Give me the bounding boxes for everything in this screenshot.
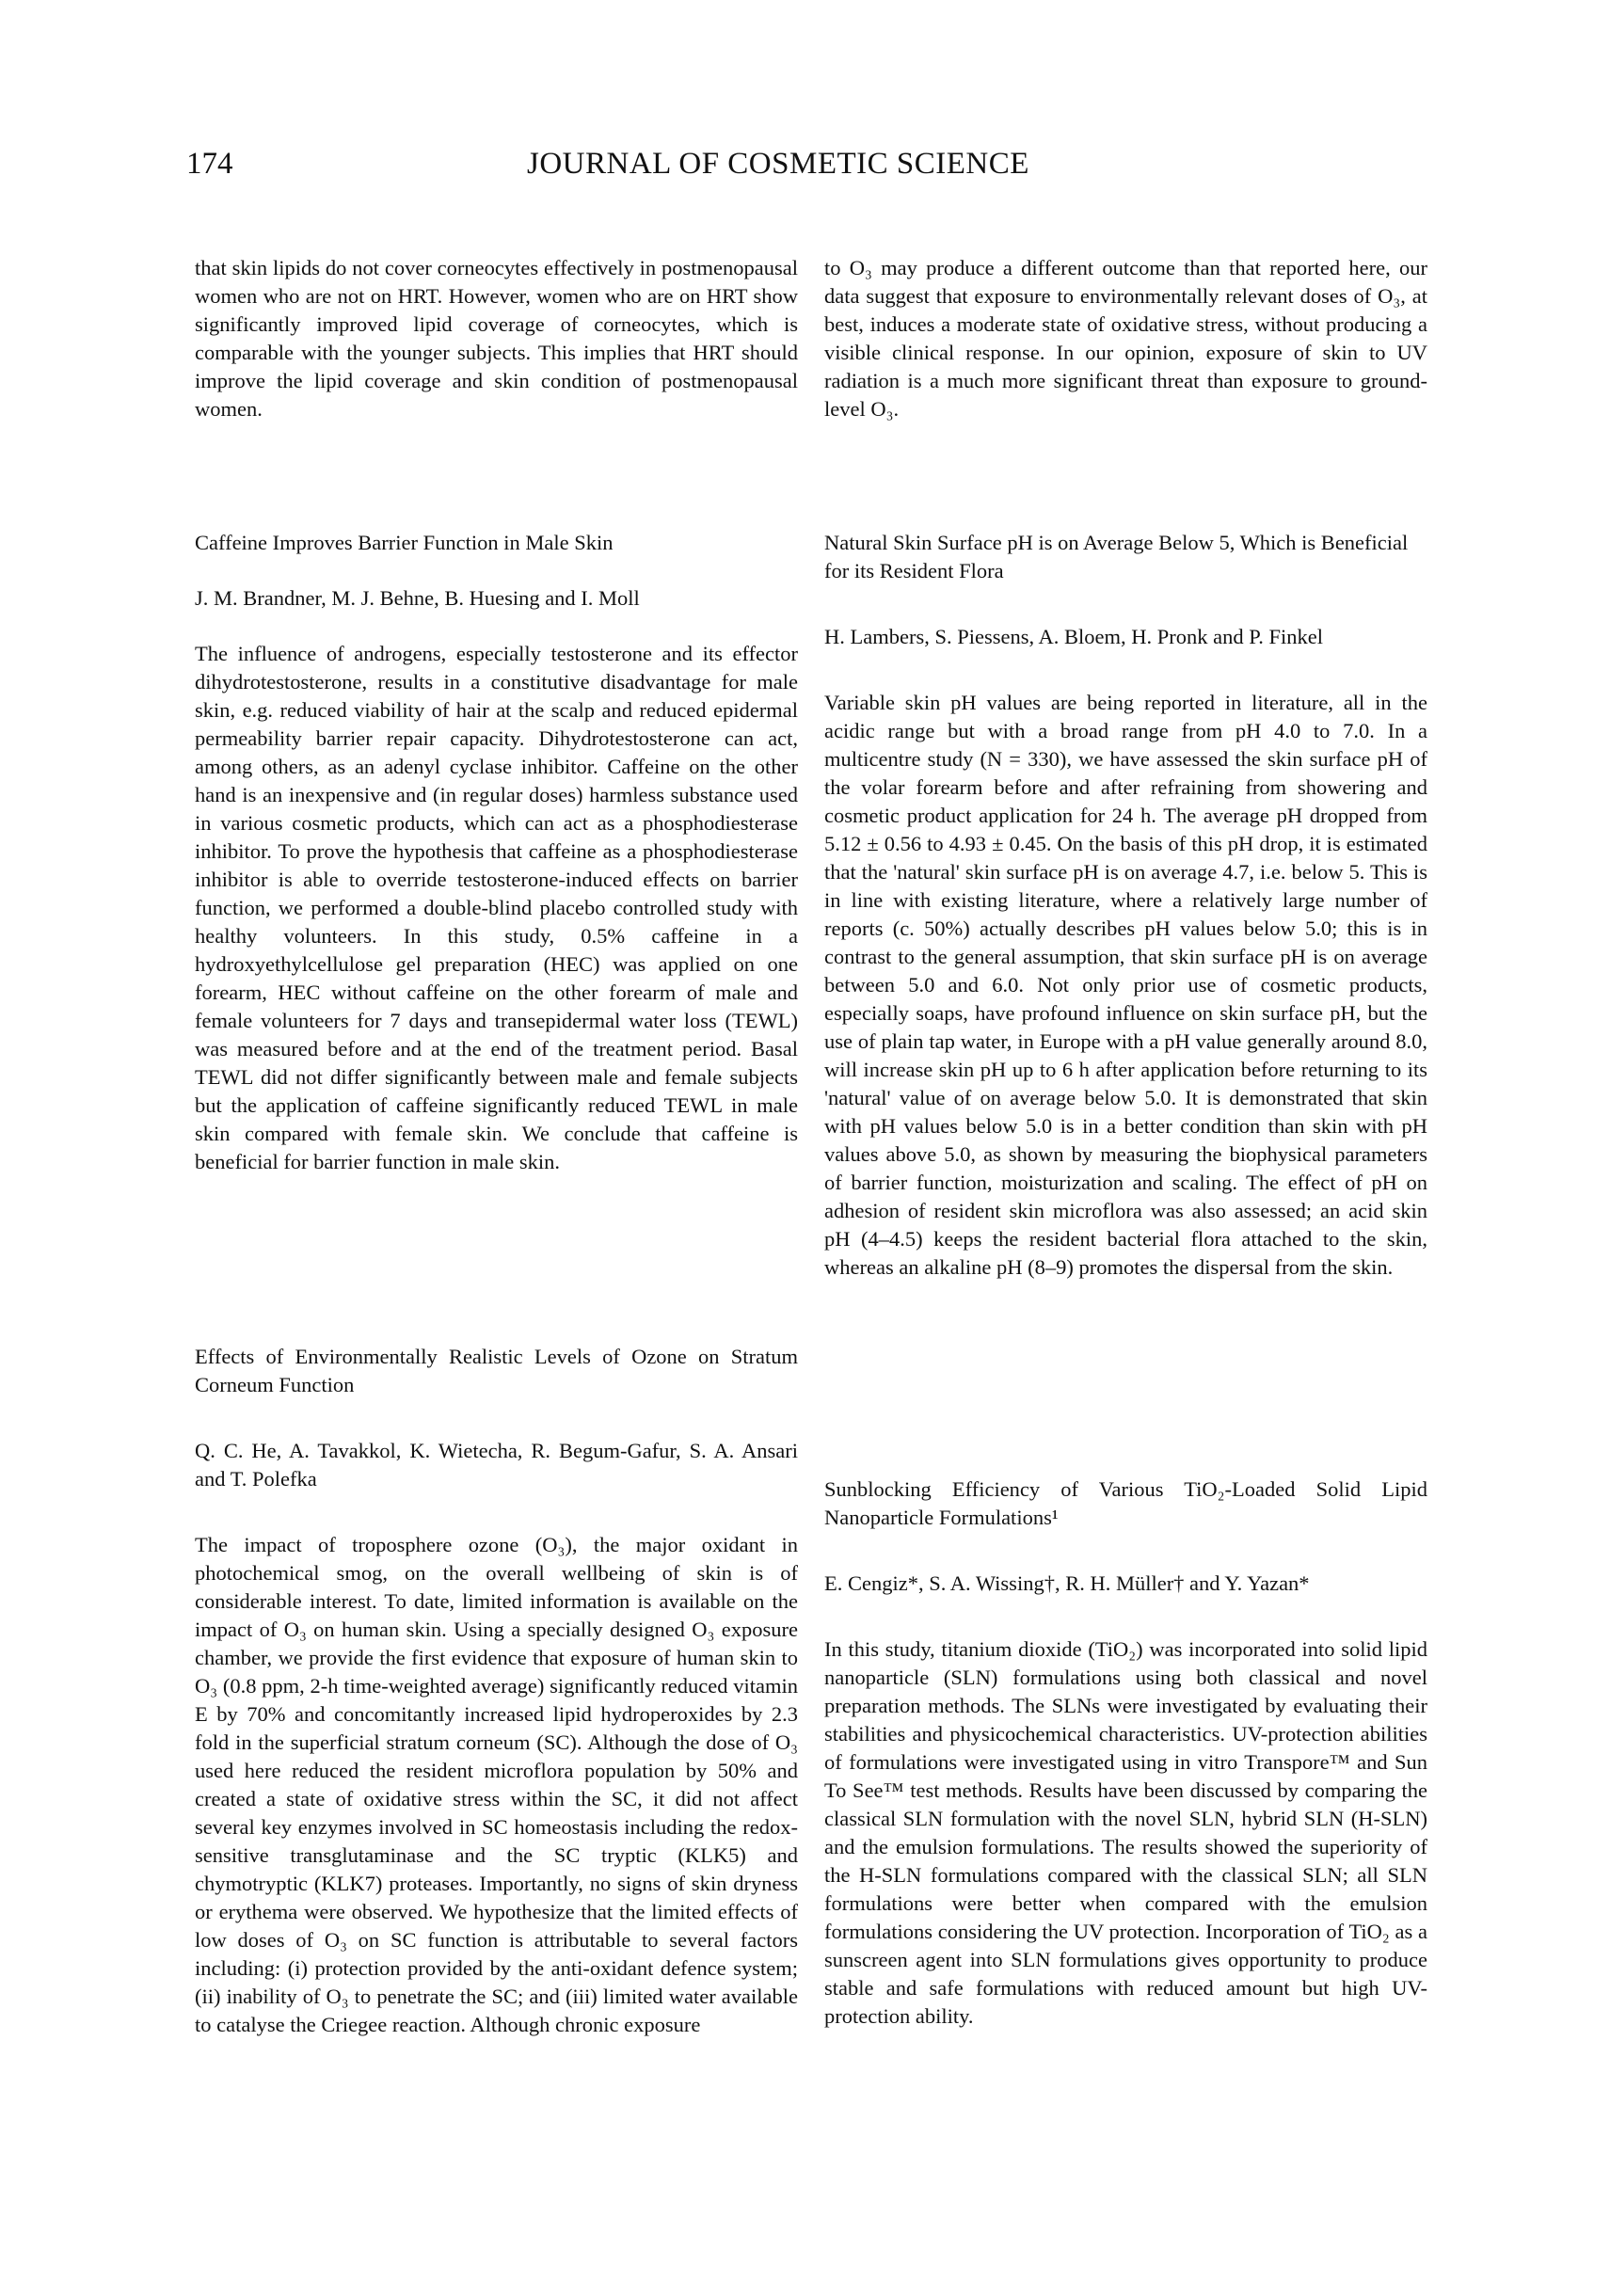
page-number: 174 [186, 147, 233, 182]
article-abstract: Variable skin pH values are being report… [824, 689, 1427, 1282]
article-authors: H. Lambers, S. Piessens, A. Bloem, H. Pr… [824, 623, 1427, 651]
article-caffeine: Caffeine Improves Barrier Function in Ma… [195, 529, 798, 1176]
article-title: Sunblocking Efficiency of Various TiO₂-L… [824, 1475, 1427, 1532]
article-abstract: In this study, titanium dioxide (TiO₂) w… [824, 1635, 1427, 2031]
left-continuation-block: that skin lipids do not cover corneocyte… [195, 254, 798, 423]
article-tio2: Sunblocking Efficiency of Various TiO₂-L… [824, 1475, 1427, 2031]
right-continuation-block: to O₃ may produce a different outcome th… [824, 254, 1427, 423]
article-title: Natural Skin Surface pH is on Average Be… [824, 529, 1427, 585]
continuation-paragraph: to O₃ may produce a different outcome th… [824, 254, 1427, 423]
article-authors: E. Cengiz*, S. A. Wissing†, R. H. Müller… [824, 1570, 1427, 1598]
article-authors: Q. C. He, A. Tavakkol, K. Wietecha, R. B… [195, 1437, 798, 1493]
article-title: Effects of Environmentally Realistic Lev… [195, 1343, 798, 1399]
article-abstract: The impact of troposphere ozone (O₃), th… [195, 1531, 798, 2039]
article-title: Caffeine Improves Barrier Function in Ma… [195, 529, 798, 557]
article-ph: Natural Skin Surface pH is on Average Be… [824, 529, 1427, 1282]
journal-running-head: JOURNAL OF COSMETIC SCIENCE [527, 147, 1029, 182]
article-authors: J. M. Brandner, M. J. Behne, B. Huesing … [195, 584, 798, 613]
article-abstract: The influence of androgens, especially t… [195, 640, 798, 1176]
continuation-paragraph: that skin lipids do not cover corneocyte… [195, 254, 798, 423]
article-ozone: Effects of Environmentally Realistic Lev… [195, 1343, 798, 2039]
